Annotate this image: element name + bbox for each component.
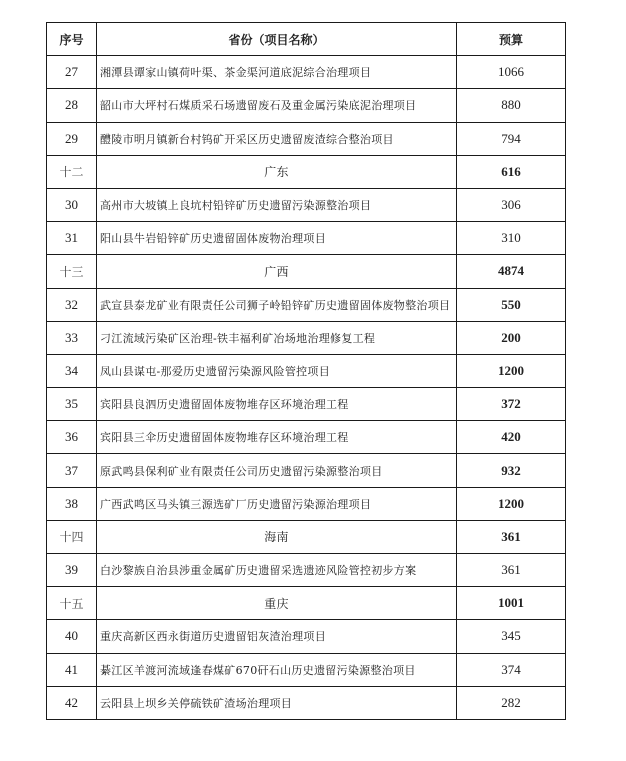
project-name: 高州市大坡镇上良坑村铅锌矿历史遗留污染源整治项目	[97, 188, 457, 221]
table-row: 28韶山市大坪村石煤质采石场遗留废石及重金属污染底泥治理项目880	[47, 89, 566, 122]
table-row: 40重庆高新区西永街道历史遗留铝灰渣治理项目345	[47, 620, 566, 653]
province-name: 广西	[97, 255, 457, 288]
table-row: 32武宣县泰龙矿业有限责任公司狮子岭铅锌矿历史遗留固体废物整治项目550	[47, 288, 566, 321]
project-name: 刁江流域污染矿区治理-铁丰福利矿冶场地治理修复工程	[97, 321, 457, 354]
row-index: 32	[47, 288, 97, 321]
project-name: 白沙黎族自治县涉重金属矿历史遗留采选遗迹风险管控初步方案	[97, 554, 457, 587]
project-name: 广西武鸣区马头镇三源选矿厂历史遗留污染源治理项目	[97, 487, 457, 520]
budget-value: 1200	[457, 354, 566, 387]
row-index: 十五	[47, 587, 97, 620]
project-name: 重庆高新区西永街道历史遗留铝灰渣治理项目	[97, 620, 457, 653]
project-name: 湘潭县谭家山镇荷叶渠、茶金渠河道底泥综合治理项目	[97, 56, 457, 89]
table-row: 37原武鸣县保利矿业有限责任公司历史遗留污染源整治项目932	[47, 454, 566, 487]
project-name: 原武鸣县保利矿业有限责任公司历史遗留污染源整治项目	[97, 454, 457, 487]
project-name: 綦江区羊渡河流域逢春煤矿670矸石山历史遗留污染源整治项目	[97, 653, 457, 686]
row-index: 40	[47, 620, 97, 653]
province-name: 广东	[97, 155, 457, 188]
project-name: 武宣县泰龙矿业有限责任公司狮子岭铅锌矿历史遗留固体废物整治项目	[97, 288, 457, 321]
table-body: 27湘潭县谭家山镇荷叶渠、茶金渠河道底泥综合治理项目106628韶山市大坪村石煤…	[47, 56, 566, 720]
row-index: 35	[47, 388, 97, 421]
budget-value: 306	[457, 188, 566, 221]
budget-value: 880	[457, 89, 566, 122]
row-index: 36	[47, 421, 97, 454]
province-name: 海南	[97, 520, 457, 553]
project-name: 宾阳县良泗历史遗留固体废物堆存区环境治理工程	[97, 388, 457, 421]
budget-value: 282	[457, 686, 566, 719]
header-row: 序号 省份（项目名称） 预算	[47, 23, 566, 56]
budget-value: 361	[457, 520, 566, 553]
project-name: 宾阳县三伞历史遗留固体废物堆存区环境治理工程	[97, 421, 457, 454]
row-index: 31	[47, 222, 97, 255]
row-index: 37	[47, 454, 97, 487]
header-name: 省份（项目名称）	[97, 23, 457, 56]
row-index: 34	[47, 354, 97, 387]
budget-value: 345	[457, 620, 566, 653]
row-index: 28	[47, 89, 97, 122]
row-index: 十三	[47, 255, 97, 288]
budget-value: 794	[457, 122, 566, 155]
table-row: 35宾阳县良泗历史遗留固体废物堆存区环境治理工程372	[47, 388, 566, 421]
row-index: 38	[47, 487, 97, 520]
budget-value: 1001	[457, 587, 566, 620]
header-budget: 预算	[457, 23, 566, 56]
budget-value: 616	[457, 155, 566, 188]
budget-value: 1200	[457, 487, 566, 520]
table-row: 27湘潭县谭家山镇荷叶渠、茶金渠河道底泥综合治理项目1066	[47, 56, 566, 89]
project-name: 凤山县谋屯-那爱历史遗留污染源风险管控项目	[97, 354, 457, 387]
budget-table: 序号 省份（项目名称） 预算 27湘潭县谭家山镇荷叶渠、茶金渠河道底泥综合治理项…	[46, 22, 566, 720]
row-index: 41	[47, 653, 97, 686]
budget-value: 4874	[457, 255, 566, 288]
table-row: 30高州市大坡镇上良坑村铅锌矿历史遗留污染源整治项目306	[47, 188, 566, 221]
row-index: 39	[47, 554, 97, 587]
row-index: 42	[47, 686, 97, 719]
budget-value: 932	[457, 454, 566, 487]
table-row: 34凤山县谋屯-那爱历史遗留污染源风险管控项目1200	[47, 354, 566, 387]
table-row: 33刁江流域污染矿区治理-铁丰福利矿冶场地治理修复工程200	[47, 321, 566, 354]
row-index: 30	[47, 188, 97, 221]
project-name: 醴陵市明月镇新台村钨矿开采区历史遗留废渣综合整治项目	[97, 122, 457, 155]
row-index: 29	[47, 122, 97, 155]
row-index: 33	[47, 321, 97, 354]
row-index: 27	[47, 56, 97, 89]
budget-value: 550	[457, 288, 566, 321]
table-row: 41綦江区羊渡河流域逢春煤矿670矸石山历史遗留污染源整治项目374	[47, 653, 566, 686]
province-row: 十四海南361	[47, 520, 566, 553]
budget-value: 374	[457, 653, 566, 686]
row-index: 十二	[47, 155, 97, 188]
province-name: 重庆	[97, 587, 457, 620]
table-row: 39白沙黎族自治县涉重金属矿历史遗留采选遗迹风险管控初步方案361	[47, 554, 566, 587]
budget-value: 372	[457, 388, 566, 421]
header-index: 序号	[47, 23, 97, 56]
table-row: 42云阳县上坝乡关停硫铁矿渣场治理项目282	[47, 686, 566, 719]
province-row: 十二广东616	[47, 155, 566, 188]
province-row: 十三广西4874	[47, 255, 566, 288]
project-name: 云阳县上坝乡关停硫铁矿渣场治理项目	[97, 686, 457, 719]
table-row: 31阳山县牛岩铅锌矿历史遗留固体废物治理项目310	[47, 222, 566, 255]
province-row: 十五重庆1001	[47, 587, 566, 620]
budget-value: 420	[457, 421, 566, 454]
budget-value: 1066	[457, 56, 566, 89]
project-name: 阳山县牛岩铅锌矿历史遗留固体废物治理项目	[97, 222, 457, 255]
table-row: 29醴陵市明月镇新台村钨矿开采区历史遗留废渣综合整治项目794	[47, 122, 566, 155]
table-row: 38广西武鸣区马头镇三源选矿厂历史遗留污染源治理项目1200	[47, 487, 566, 520]
budget-value: 310	[457, 222, 566, 255]
budget-value: 361	[457, 554, 566, 587]
project-name: 韶山市大坪村石煤质采石场遗留废石及重金属污染底泥治理项目	[97, 89, 457, 122]
budget-value: 200	[457, 321, 566, 354]
row-index: 十四	[47, 520, 97, 553]
table-row: 36宾阳县三伞历史遗留固体废物堆存区环境治理工程420	[47, 421, 566, 454]
